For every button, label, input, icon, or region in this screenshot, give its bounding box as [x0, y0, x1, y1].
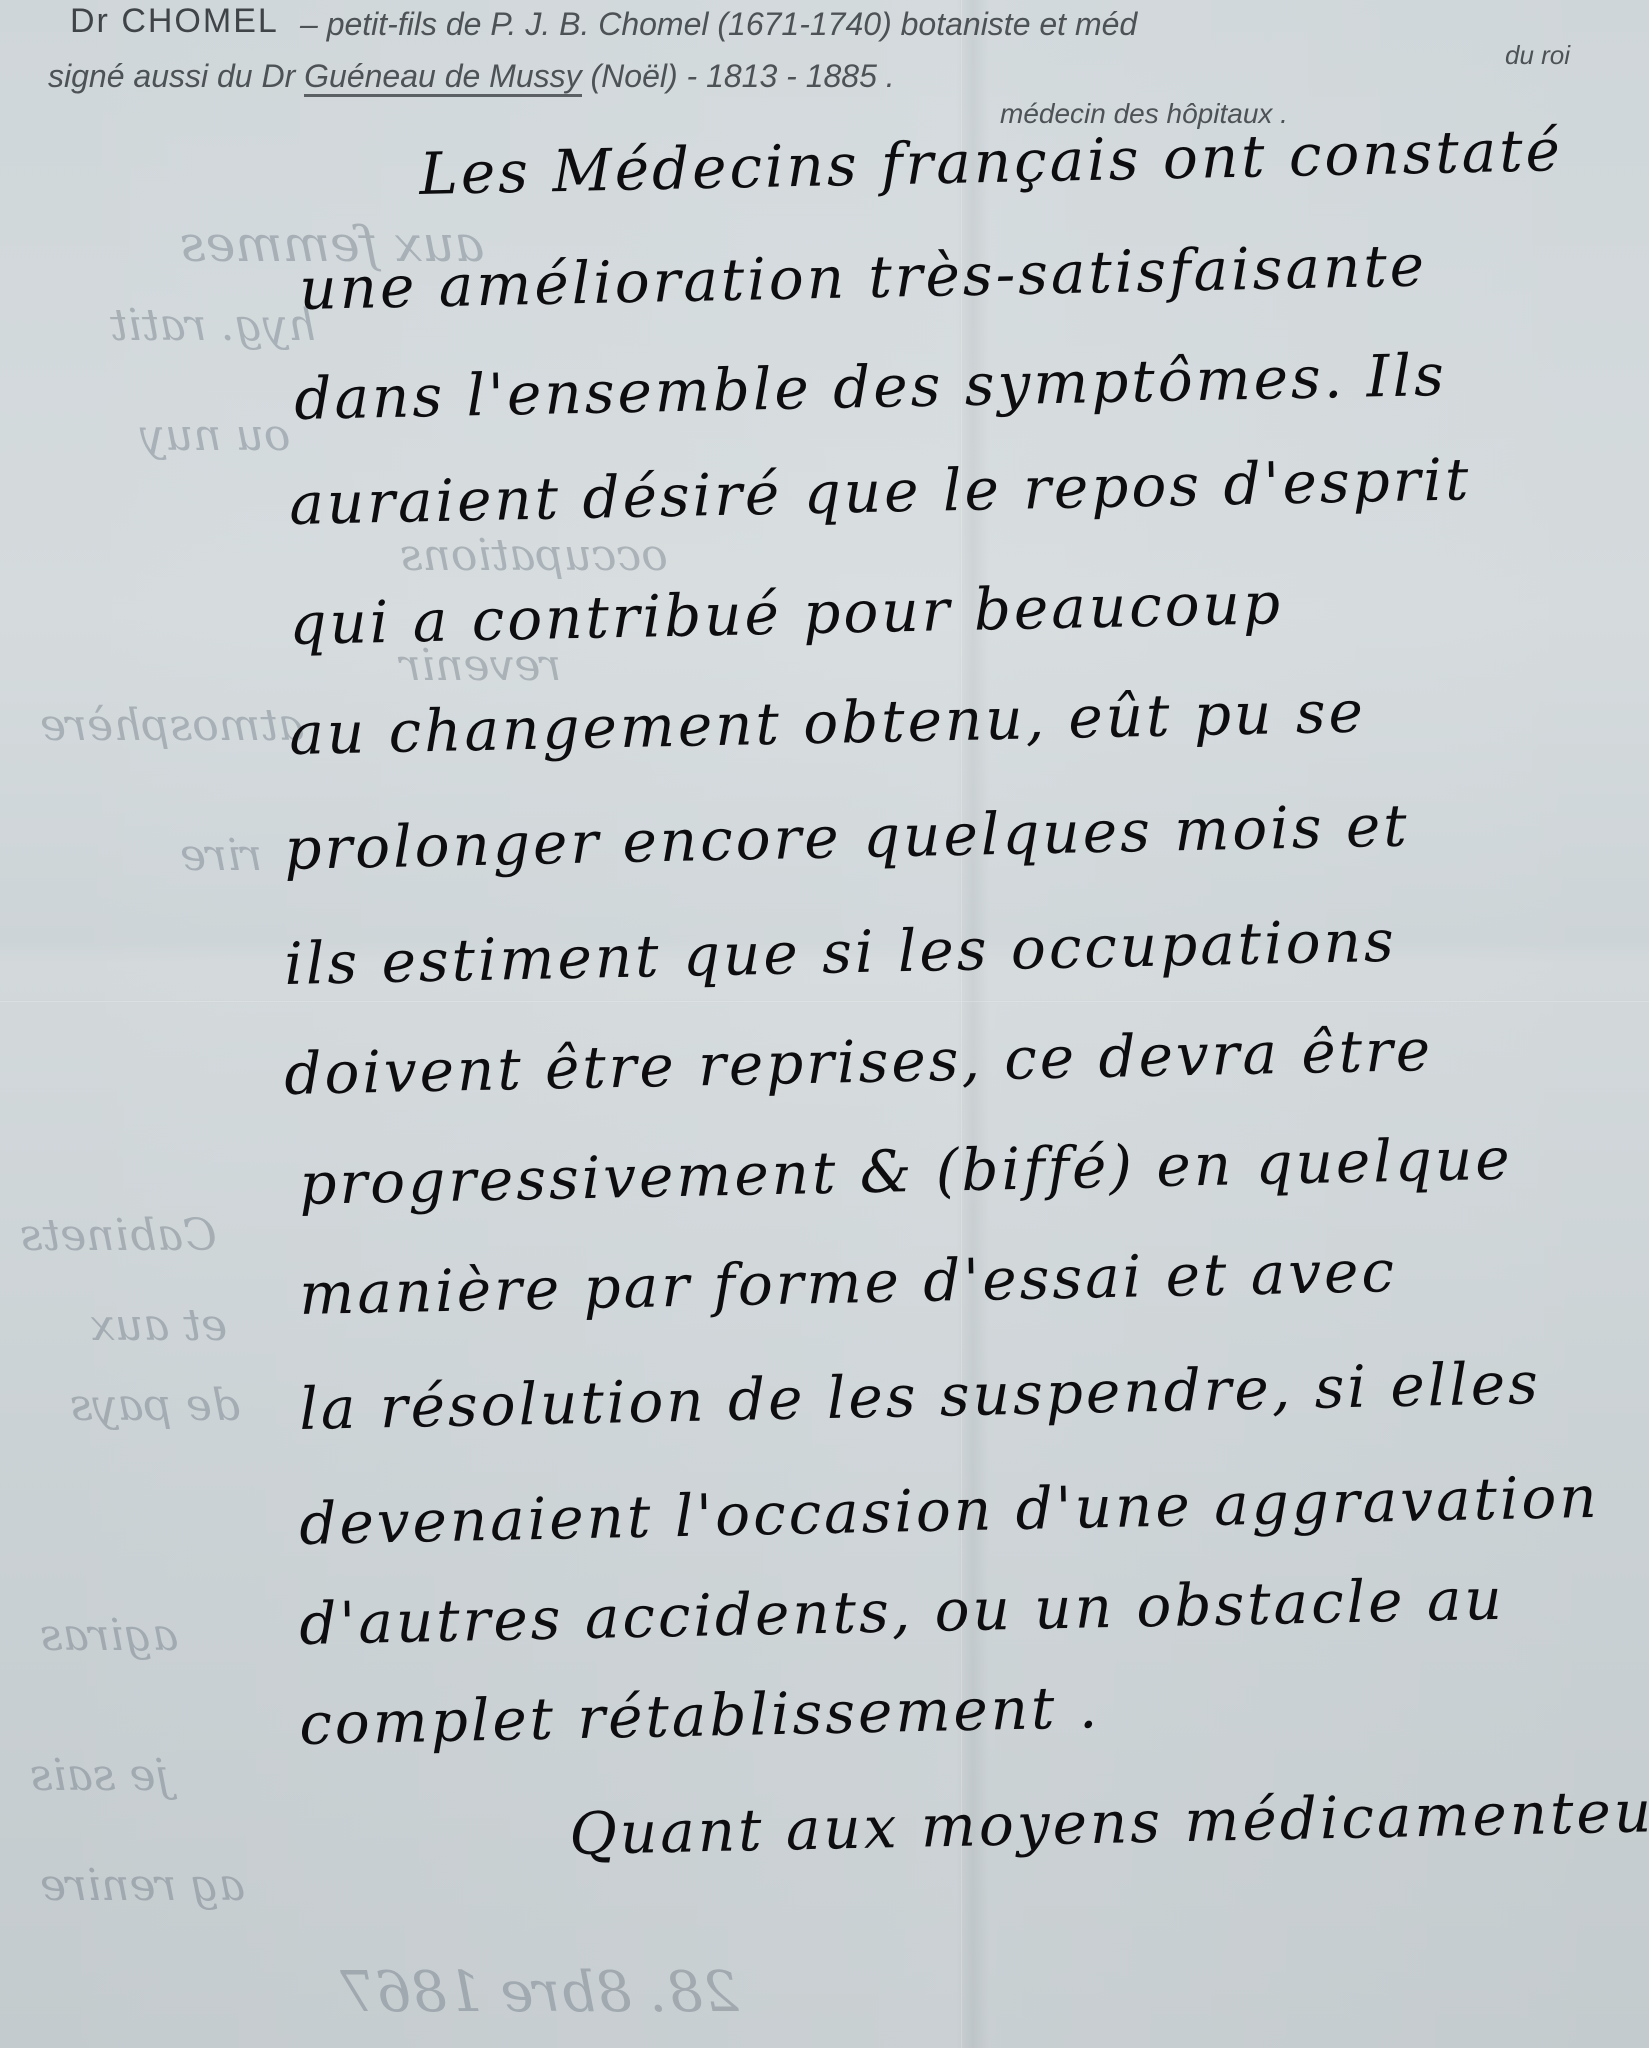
show-through-text: occupations	[400, 530, 668, 581]
letter-line-6: au changement obtenu, eût pu se	[289, 677, 1367, 768]
show-through-text: atmosphère	[40, 700, 304, 751]
letter-line-8: ils estiment que si les occupations	[284, 907, 1398, 998]
paper-fold-horizontal	[0, 1000, 1649, 1003]
annotation-signed-text: signé aussi du Dr	[48, 58, 295, 94]
annotation-dates: (Noël) - 1813 - 1885 .	[591, 58, 895, 94]
show-through-text: rire	[180, 830, 262, 881]
letter-page: aux femmes hyg. ratit ou nuy occupations…	[0, 0, 1649, 2048]
show-through-date: 28. 8bre 1867	[340, 1960, 739, 2025]
letter-line-5: qui a contribué pour beaucoup	[289, 569, 1284, 658]
letter-line-16: Quant aux moyens médicamenteux	[569, 1777, 1649, 1868]
letter-line-10: progressivement & (biffé) en quelque	[299, 1125, 1514, 1218]
letter-line-7: prolonger encore quelques mois et	[284, 791, 1411, 883]
letter-line-4: auraient désiré que le repos d'esprit	[289, 445, 1472, 538]
show-through-text: ag renire	[40, 1860, 245, 1911]
show-through-text: hyg. ratit	[110, 300, 316, 351]
letter-line-3: dans l'ensemble des symptômes. Ils	[294, 341, 1448, 433]
show-through-text: et aux	[90, 1300, 227, 1351]
letter-line-15: complet rétablissement .	[299, 1673, 1101, 1758]
letter-line-12: la résolution de les suspendre, si elles	[299, 1349, 1542, 1443]
annotation-line-1: – petit-fils de P. J. B. Chomel (1671-17…	[300, 6, 1137, 43]
show-through-text: ou nuy	[140, 410, 290, 461]
annotation-name: Dr CHOMEL	[70, 2, 279, 41]
show-through-text: Cabinets	[20, 1210, 217, 1261]
letter-line-1: Les Médecins français ont constaté	[419, 116, 1564, 208]
show-through-text: agiras	[40, 1610, 178, 1661]
letter-line-13: devenaient l'occasion d'une aggravation	[299, 1463, 1601, 1558]
annotation-line-2: signé aussi du Dr Guéneau de Mussy (Noël…	[48, 58, 895, 95]
letter-line-11: manière par forme d'essai et avec	[299, 1237, 1398, 1328]
show-through-text: je sais	[30, 1750, 169, 1801]
annotation-underlined-name: Guéneau de Mussy	[304, 58, 582, 97]
letter-line-14: d'autres accidents, ou un obstacle au	[299, 1565, 1506, 1658]
letter-line-9: doivent être reprises, ce devra être	[284, 1016, 1434, 1108]
show-through-text: de pays	[70, 1380, 240, 1431]
annotation-superscript: du roi	[1505, 40, 1570, 71]
